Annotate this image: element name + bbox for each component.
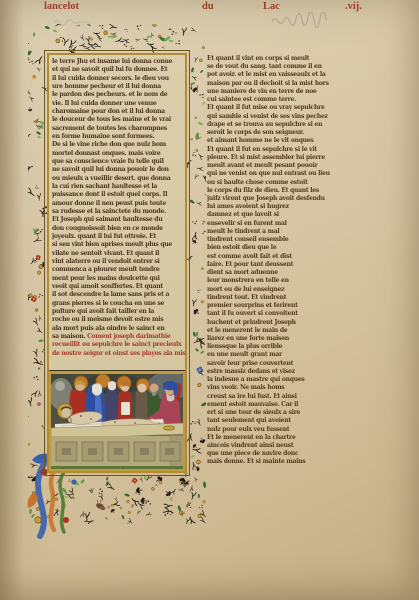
text-line: grans pierres si le coucha en une se xyxy=(52,300,184,308)
text-line: savoir leur prise couvertent xyxy=(207,360,343,368)
text-line: le corps du filz de dieu. Et quant les xyxy=(207,187,343,195)
text-line: mortel donnast onques. mais voire xyxy=(52,150,184,158)
text-line: aincois vindrent ainsi neust xyxy=(207,442,343,450)
rubric-line: de nostre seignr et oinst ses playes ala… xyxy=(52,350,184,358)
manuscript-page: lancelot du Lac .vij. le terre Jhu et in… xyxy=(0,0,419,600)
text-line: ensevelir si en furent mal xyxy=(207,220,343,228)
gold-dish xyxy=(164,426,175,430)
text-line: creust sa ire lui fust. Et ainsi xyxy=(207,393,343,401)
text-line: leur monstrera en telle en xyxy=(207,277,343,285)
grass-ground xyxy=(51,466,185,472)
rubric-line: recueillit ou sepulchre le sainct precie… xyxy=(52,341,184,349)
text-line: le terre Jhu et insame lui donna conue xyxy=(52,58,184,66)
running-header: lancelot du Lac .vij. xyxy=(0,1,419,17)
text-line: drape et se trouva au sepulchre si en xyxy=(207,121,343,129)
text-line: premier sourprins et ferirent xyxy=(207,302,343,310)
text-line: il sot descendre la lame sans pris et a xyxy=(52,291,184,299)
text-line: Et le menerent en la chartre xyxy=(207,434,343,442)
text-line: damnez et que lavoit si xyxy=(207,211,343,219)
text-line: seroit le corps de son seigneur. xyxy=(207,129,343,137)
text-line: ou mieulx a vueillir desert. que donna xyxy=(52,175,184,183)
text-line: lienssque la plus orrible xyxy=(207,343,343,351)
text-line: tindrent conseil ensemble xyxy=(207,236,343,244)
text-line: mais donne. Et si mainte mains xyxy=(207,458,343,466)
header-title-lancelot: lancelot xyxy=(44,1,79,12)
text-line: mort ou de lui enseignez xyxy=(207,286,343,294)
text-line: pot avoir. et le mist en vaisseaulx et l… xyxy=(207,71,343,79)
text-line: ert si une tour de sieulx a sire xyxy=(207,409,343,417)
text-line: don cougnoissoit bien en ce monde xyxy=(52,225,184,233)
text-line: si sen vint bien aprises meult plus que xyxy=(52,241,184,249)
text-line: dient sa mort aduenne xyxy=(207,269,343,277)
text-line: De si le vine riche don que nulz hom xyxy=(52,141,184,149)
text-line: la indesne a mastre qui onques xyxy=(207,376,343,384)
text-line: qui samble si venist de ses vins pechez xyxy=(207,113,343,121)
text-line: tant il fu ouvert si convoitent xyxy=(207,310,343,318)
rubric-line: sa maison. Coment joseph darimathie xyxy=(52,333,184,341)
text-line: veoit qui amoit souffertes. Et quant xyxy=(52,283,184,291)
text-line: que sa conscience vraie fu telle quil xyxy=(52,158,184,166)
text-line: juifz virent que Joseph avoit desfendu xyxy=(207,195,343,203)
text-line: pulture qui avoit fait tailler en la xyxy=(52,308,184,316)
text-line: Et quant il fut mise ou vray sepulchre xyxy=(207,104,343,112)
text-line: commenca a plourer meult tendre xyxy=(52,266,184,274)
text-line: et qui ne savoit quil lui fu donnee. Et xyxy=(52,66,184,74)
left-column-text: le terre Jhu et insame lui donna conueet… xyxy=(52,58,184,333)
text-line: lui ames avoient si hugrez xyxy=(207,203,343,211)
decorated-border-block: le terre Jhu et insame lui donna conueet… xyxy=(28,24,206,524)
text-line: il lui cuida donner secors. le dieu vou xyxy=(52,75,184,83)
text-line: sacrement de toutes les charompnes xyxy=(52,125,184,133)
text-line: maison par ou il dechoit si la mist hors xyxy=(207,80,343,88)
text-line: vie. Il lui cuida donner une venue xyxy=(52,100,184,108)
text-line: vint alaterre ou il vendoit entrer si xyxy=(52,258,184,266)
text-line: le douceur de tous les maine et le vrai xyxy=(52,116,184,124)
text-line: ment pour les mains doulcette qui xyxy=(52,275,184,283)
text-panel: le terre Jhu et insame lui donna conueet… xyxy=(47,53,187,473)
text-line: qui ne venist on que nul entrast ou lieu xyxy=(207,170,343,178)
text-line: estre massiz dedans et visez xyxy=(207,368,343,376)
text-line: sa rudesse et la sainctete du monde. xyxy=(52,208,184,216)
text-line: ala mort puis ala oindre le sainct en xyxy=(52,325,184,333)
text-line: bien estoit dieu que le xyxy=(207,244,343,252)
miniature-frame xyxy=(48,371,186,472)
text-line: Et quant il fut en sepulchre si le vit xyxy=(207,146,343,154)
text-line: cui saintee est comme terre. xyxy=(207,96,343,104)
folio-numeral: .vij. xyxy=(345,1,362,12)
text-line: vins veoir. Ne mais homs xyxy=(207,384,343,392)
text-line: joyeulx. quant il lui fut ottroie. Et xyxy=(52,233,184,241)
text-line: charomaine pour don et il lui donna xyxy=(52,108,184,116)
text-line: en forme humaine sont formees. xyxy=(52,133,184,141)
text-line: meult le tindrent a mal xyxy=(207,228,343,236)
text-line: amour donne il nen peust puis toute xyxy=(52,200,184,208)
text-line: Et Joseph qui saimant haultesse du xyxy=(52,216,184,224)
right-column-text: Et quant il vint en corps si meultse de … xyxy=(207,55,343,469)
entombment-scene xyxy=(51,374,185,472)
text-line: tindrent tout. Et vindrent xyxy=(207,294,343,302)
header-title-lac: Lac xyxy=(263,1,280,12)
text-line: Et quant il vint en corps si meult xyxy=(207,55,343,63)
text-line: et aimant homme ne le vit onques xyxy=(207,137,343,145)
header-title-du: du xyxy=(202,1,214,12)
sarcophagus xyxy=(51,423,185,468)
text-line: meult avant et meult pesant pouoir xyxy=(207,162,343,170)
text-line: que une piece de navire donc xyxy=(207,450,343,458)
rubric-lead: sa maison. xyxy=(52,333,87,340)
text-line: roche ou il meisme devoit estre mis xyxy=(52,316,184,324)
text-line: huchent et prindrent Joseph xyxy=(207,319,343,327)
text-line: puissance dont il estoit quel corps. Il xyxy=(52,191,184,199)
rubric-red-text: Coment joseph darimathie xyxy=(87,333,170,340)
text-line: nulz pour eulx veu fussent xyxy=(207,426,343,434)
text-line: se de vout du sang. tant comme il en xyxy=(207,63,343,71)
text-line: vilate ne sentoit vivant. Et quant il xyxy=(52,250,184,258)
text-line: ure homme pecheur et il lui donna xyxy=(52,83,184,91)
text-line: le pardon des pecheurs. et le nom de xyxy=(52,91,184,99)
text-line: ou si haulte chose comme estoit xyxy=(207,179,343,187)
text-line: pleure. Et si mist assembler lui pierre xyxy=(207,154,343,162)
rubric: sa maison. Coment joseph darimathie recu… xyxy=(52,333,184,358)
text-line: et le menerent le main de xyxy=(207,327,343,335)
text-line: une maniere de vin en terre de noe xyxy=(207,88,343,96)
text-line: liarez en une forte maison xyxy=(207,335,343,343)
pencil-inscription xyxy=(270,12,350,28)
text-line: ement estoit mauvaise. Car il xyxy=(207,401,343,409)
text-line: ne savoit quil lui donna pouoir le don xyxy=(52,166,184,174)
text-line: la cui rien sachant haultesse et la xyxy=(52,183,184,191)
text-line: est comme avoit fait et dist xyxy=(207,253,343,261)
text-line: faire. Et pour tant deussent xyxy=(207,261,343,269)
text-line: tant seulement qui avoient xyxy=(207,417,343,425)
text-line: en une meult grant mar xyxy=(207,351,343,359)
